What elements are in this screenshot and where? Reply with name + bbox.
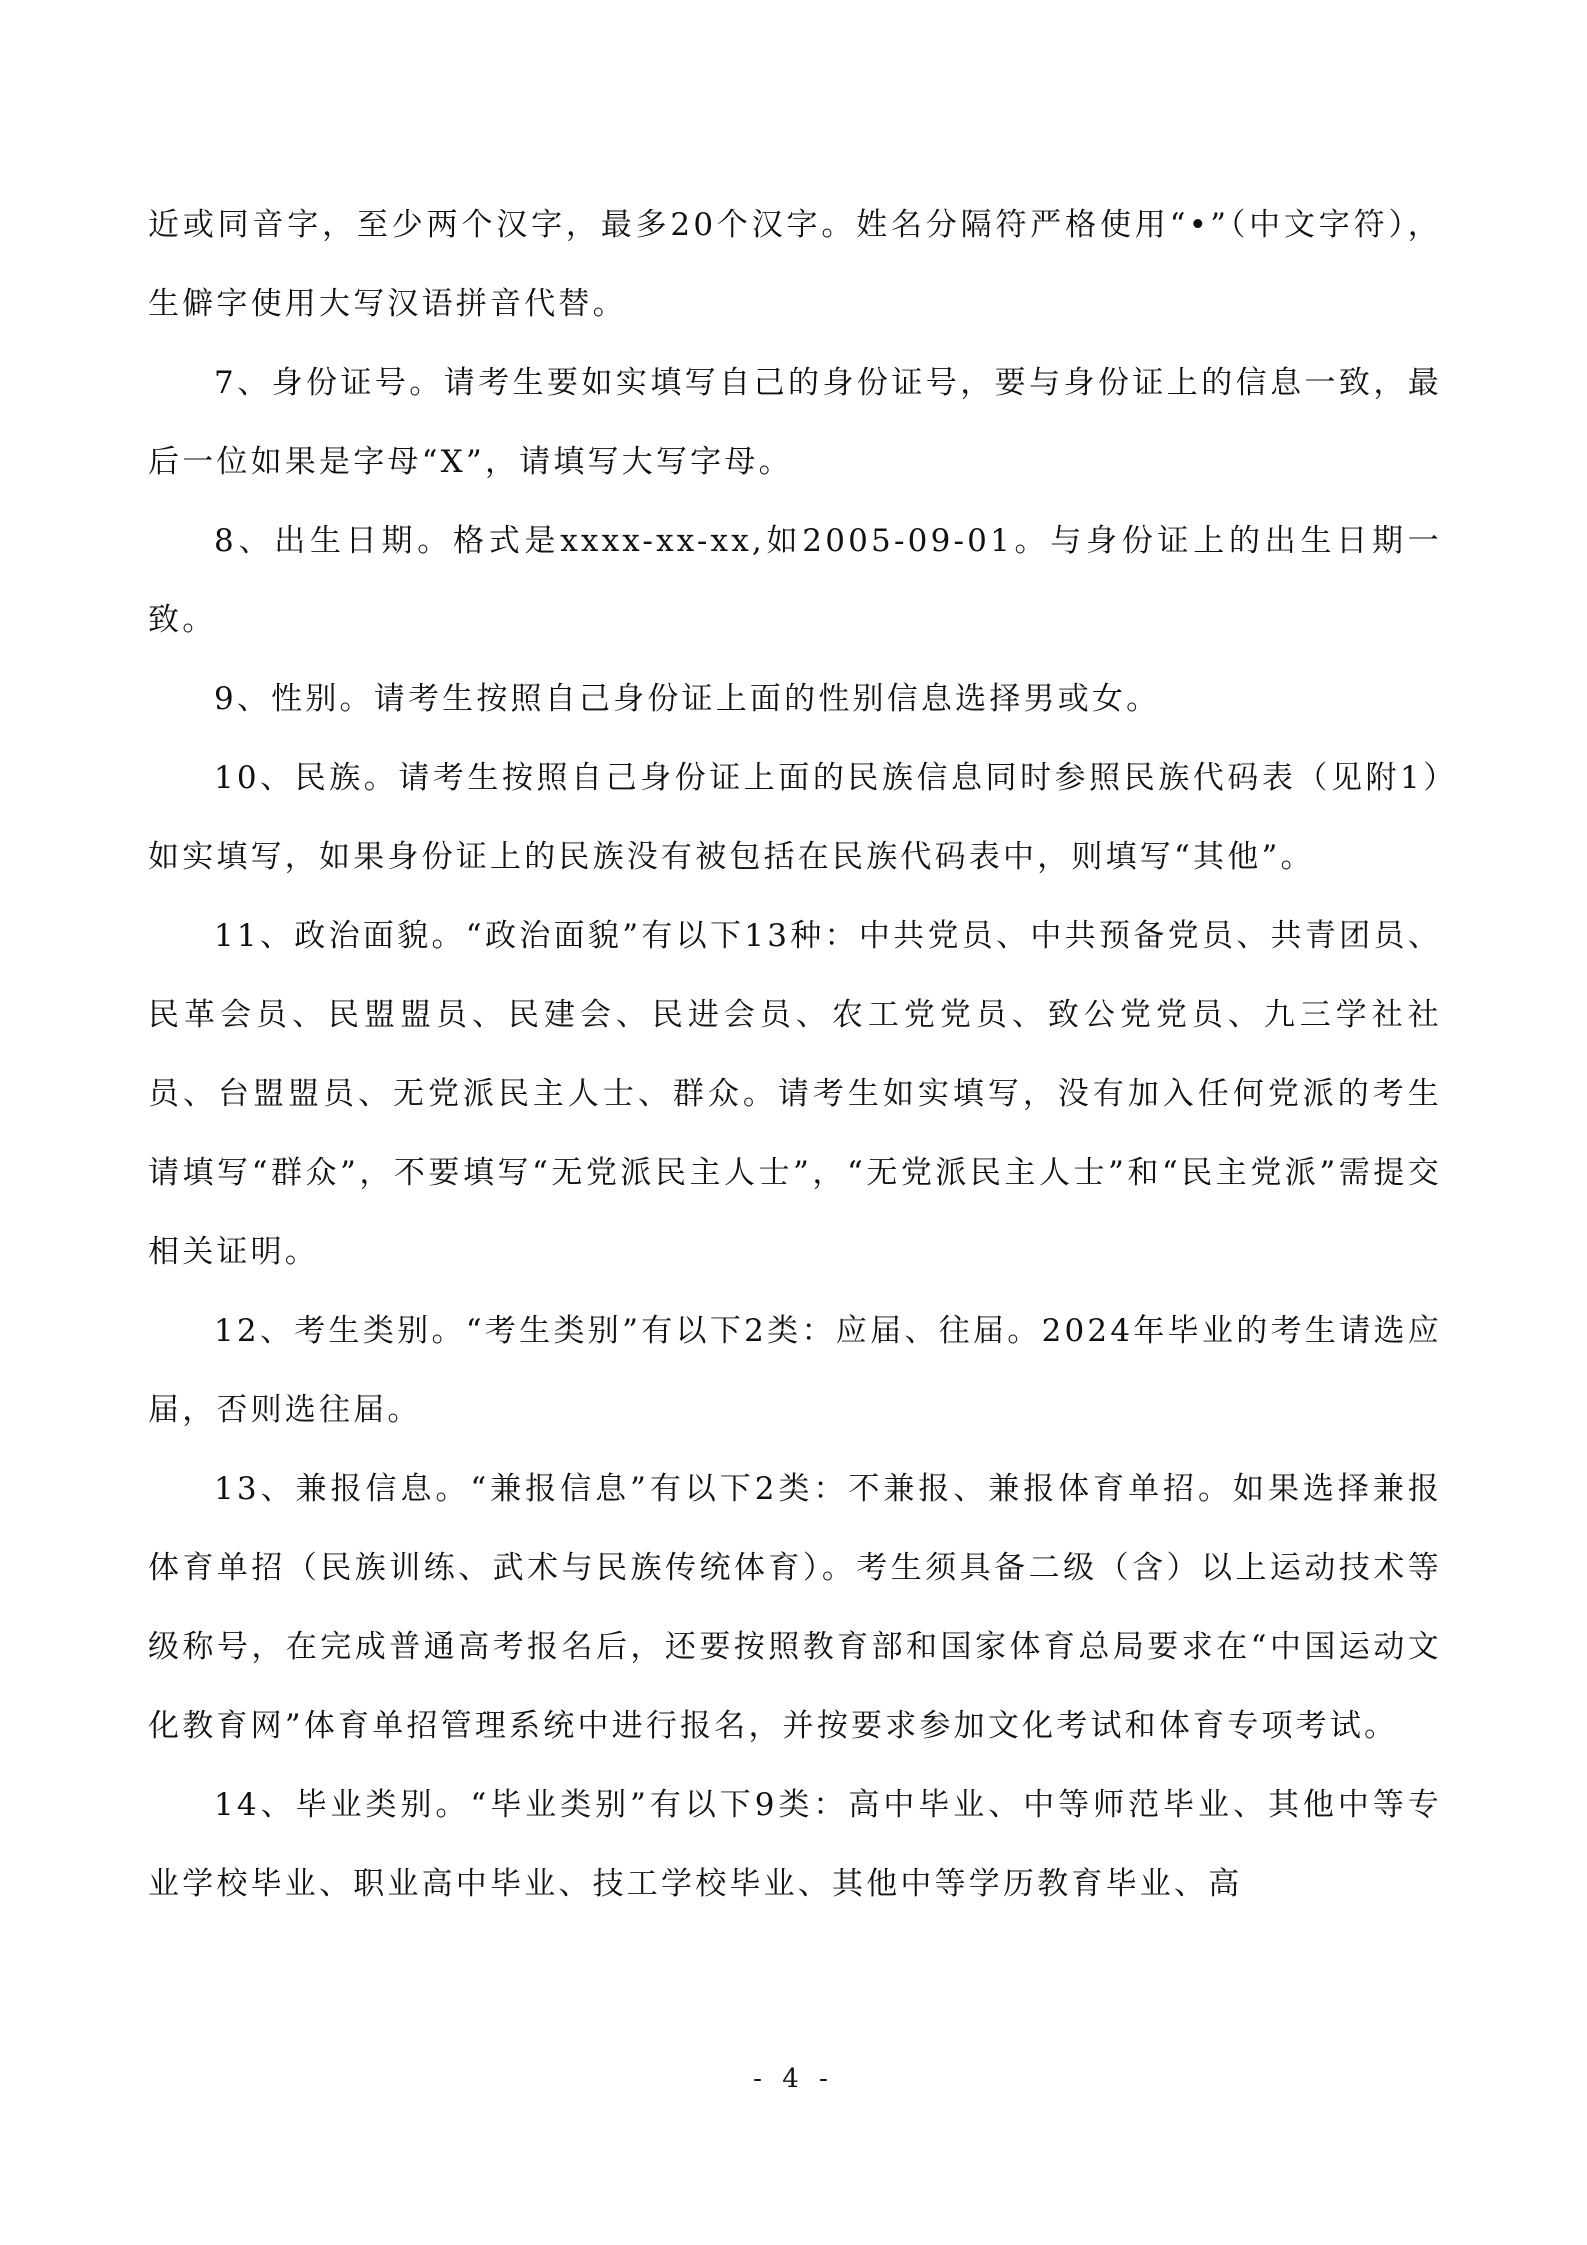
paragraph-political-status: 11、政治面貌。“政治面貌”有以下13种：中共党员、中共预备党员、共青团员、民革… (148, 897, 1442, 1292)
paragraph-ethnicity: 10、民族。请考生按照自己身份证上面的民族信息同时参照民族代码表（见附1）如实填… (148, 739, 1442, 897)
paragraph-graduation-category: 14、毕业类别。“毕业类别”有以下9类：高中毕业、中等师范毕业、其他中等专业学校… (148, 1766, 1442, 1924)
document-page: 近或同音字，至少两个汉字，最多20个汉字。姓名分隔符严格使用“•”（中文字符），… (0, 0, 1587, 2245)
page-number: - 4 - (0, 2064, 1587, 2094)
paragraph-name-rules-continued: 近或同音字，至少两个汉字，最多20个汉字。姓名分隔符严格使用“•”（中文字符），… (148, 186, 1442, 344)
paragraph-id-number: 7、身份证号。请考生要如实填写自己的身份证号，要与身份证上的信息一致，最后一位如… (148, 344, 1442, 502)
paragraph-gender: 9、性别。请考生按照自己身份证上面的性别信息选择男或女。 (148, 660, 1442, 739)
paragraph-concurrent-application: 13、兼报信息。“兼报信息”有以下2类：不兼报、兼报体育单招。如果选择兼报体育单… (148, 1450, 1442, 1766)
document-body: 近或同音字，至少两个汉字，最多20个汉字。姓名分隔符严格使用“•”（中文字符），… (148, 186, 1442, 1924)
paragraph-birth-date: 8、出生日期。格式是xxxx-xx-xx,如2005-09-01。与身份证上的出… (148, 502, 1442, 660)
paragraph-candidate-category: 12、考生类别。“考生类别”有以下2类：应届、往届。2024年毕业的考生请选应届… (148, 1292, 1442, 1450)
